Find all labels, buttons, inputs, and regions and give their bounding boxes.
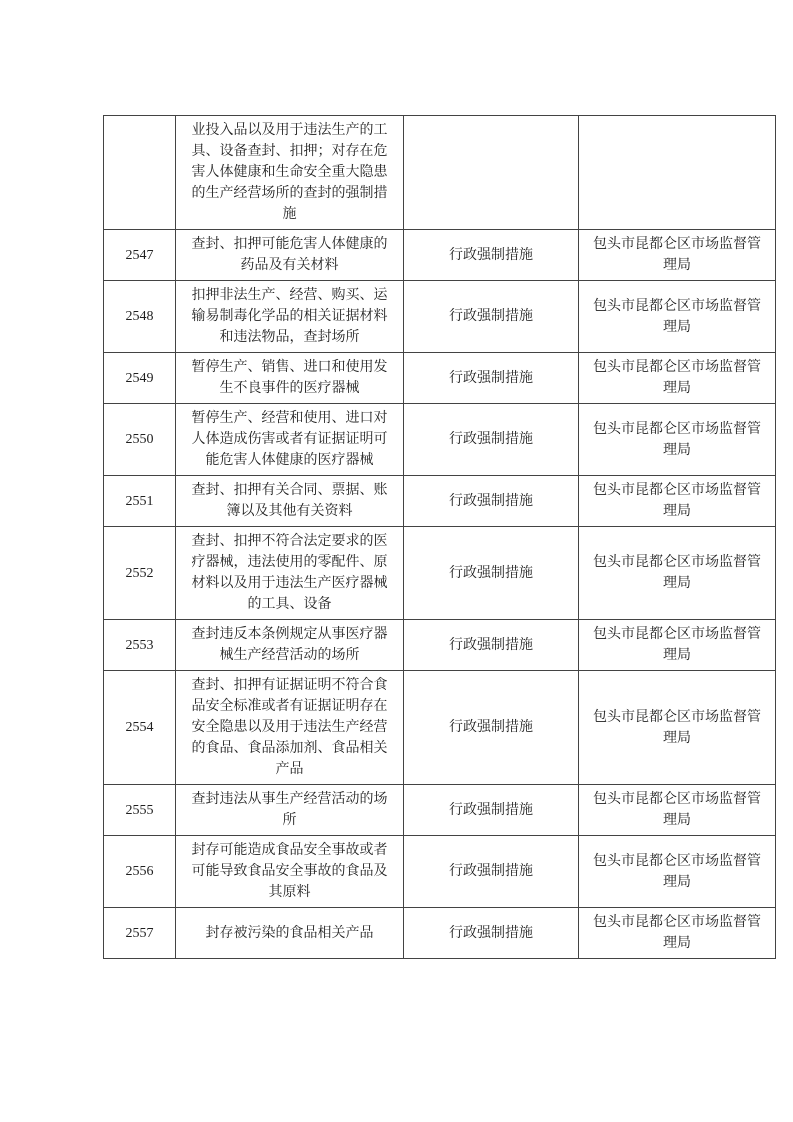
measure-type-cell: 行政强制措施 — [404, 404, 579, 476]
authority-cell: 包头市昆都仑区市场监督管理局 — [579, 671, 776, 785]
item-description-cell: 封存被污染的食品相关产品 — [176, 908, 404, 959]
measure-type-cell: 行政强制措施 — [404, 281, 579, 353]
row-id-cell: 2556 — [104, 836, 176, 908]
table-row: 2557 封存被污染的食品相关产品 行政强制措施 包头市昆都仑区市场监督管理局 — [104, 908, 776, 959]
item-description-cell: 扣押非法生产、经营、购买、运输易制毒化学品的相关证据材料和违法物品，查封场所 — [176, 281, 404, 353]
table-row: 2552 查封、扣押不符合法定要求的医疗器械，违法使用的零配件、原材料以及用于违… — [104, 527, 776, 620]
measure-type-cell: 行政强制措施 — [404, 785, 579, 836]
item-description-cell: 查封、扣押不符合法定要求的医疗器械，违法使用的零配件、原材料以及用于违法生产医疗… — [176, 527, 404, 620]
table-row: 2547 查封、扣押可能危害人体健康的药品及有关材料 行政强制措施 包头市昆都仑… — [104, 230, 776, 281]
item-description-cell: 暂停生产、经营和使用、进口对人体造成伤害或者有证据证明可能危害人体健康的医疗器械 — [176, 404, 404, 476]
measure-type-cell: 行政强制措施 — [404, 353, 579, 404]
item-description-cell: 查封违法从事生产经营活动的场所 — [176, 785, 404, 836]
authority-cell: 包头市昆都仑区市场监督管理局 — [579, 404, 776, 476]
measure-type-cell — [404, 116, 579, 230]
item-description-cell: 封存可能造成食品安全事故或者可能导致食品安全事故的食品及其原料 — [176, 836, 404, 908]
row-id-cell: 2553 — [104, 620, 176, 671]
measure-type-cell: 行政强制措施 — [404, 836, 579, 908]
measure-type-cell: 行政强制措施 — [404, 620, 579, 671]
measure-type-cell: 行政强制措施 — [404, 671, 579, 785]
item-description-cell: 查封、扣押可能危害人体健康的药品及有关材料 — [176, 230, 404, 281]
item-description-cell: 查封违反本条例规定从事医疗器械生产经营活动的场所 — [176, 620, 404, 671]
table-row: 2553 查封违反本条例规定从事医疗器械生产经营活动的场所 行政强制措施 包头市… — [104, 620, 776, 671]
table-row: 2554 查封、扣押有证据证明不符合食品安全标准或者有证据证明存在安全隐患以及用… — [104, 671, 776, 785]
table-row: 2555 查封违法从事生产经营活动的场所 行政强制措施 包头市昆都仑区市场监督管… — [104, 785, 776, 836]
table-row: 2556 封存可能造成食品安全事故或者可能导致食品安全事故的食品及其原料 行政强… — [104, 836, 776, 908]
document-page: 业投入品以及用于违法生产的工具、设备查封、扣押；对存在危害人体健康和生命安全重大… — [0, 0, 793, 1122]
authority-cell: 包头市昆都仑区市场监督管理局 — [579, 353, 776, 404]
row-id-cell — [104, 116, 176, 230]
authority-cell: 包头市昆都仑区市场监督管理局 — [579, 620, 776, 671]
table-row: 2548 扣押非法生产、经营、购买、运输易制毒化学品的相关证据材料和违法物品，查… — [104, 281, 776, 353]
row-id-cell: 2549 — [104, 353, 176, 404]
authority-cell: 包头市昆都仑区市场监督管理局 — [579, 230, 776, 281]
row-id-cell: 2547 — [104, 230, 176, 281]
table-row: 2549 暂停生产、销售、进口和使用发生不良事件的医疗器械 行政强制措施 包头市… — [104, 353, 776, 404]
authority-cell — [579, 116, 776, 230]
table-body: 业投入品以及用于违法生产的工具、设备查封、扣押；对存在危害人体健康和生命安全重大… — [104, 116, 776, 959]
row-id-cell: 2552 — [104, 527, 176, 620]
item-description-cell: 业投入品以及用于违法生产的工具、设备查封、扣押；对存在危害人体健康和生命安全重大… — [176, 116, 404, 230]
measure-type-cell: 行政强制措施 — [404, 527, 579, 620]
authority-cell: 包头市昆都仑区市场监督管理局 — [579, 527, 776, 620]
item-description-cell: 查封、扣押有证据证明不符合食品安全标准或者有证据证明存在安全隐患以及用于违法生产… — [176, 671, 404, 785]
authority-cell: 包头市昆都仑区市场监督管理局 — [579, 785, 776, 836]
authority-cell: 包头市昆都仑区市场监督管理局 — [579, 836, 776, 908]
row-id-cell: 2548 — [104, 281, 176, 353]
authority-cell: 包头市昆都仑区市场监督管理局 — [579, 908, 776, 959]
measure-type-cell: 行政强制措施 — [404, 908, 579, 959]
table-row: 2550 暂停生产、经营和使用、进口对人体造成伤害或者有证据证明可能危害人体健康… — [104, 404, 776, 476]
row-id-cell: 2557 — [104, 908, 176, 959]
item-description-cell: 暂停生产、销售、进口和使用发生不良事件的医疗器械 — [176, 353, 404, 404]
row-id-cell: 2550 — [104, 404, 176, 476]
table-row: 业投入品以及用于违法生产的工具、设备查封、扣押；对存在危害人体健康和生命安全重大… — [104, 116, 776, 230]
authority-cell: 包头市昆都仑区市场监督管理局 — [579, 281, 776, 353]
measure-type-cell: 行政强制措施 — [404, 476, 579, 527]
measure-type-cell: 行政强制措施 — [404, 230, 579, 281]
row-id-cell: 2551 — [104, 476, 176, 527]
document-table: 业投入品以及用于违法生产的工具、设备查封、扣押；对存在危害人体健康和生命安全重大… — [103, 115, 776, 959]
row-id-cell: 2554 — [104, 671, 176, 785]
table-row: 2551 查封、扣押有关合同、票据、账簿以及其他有关资料 行政强制措施 包头市昆… — [104, 476, 776, 527]
item-description-cell: 查封、扣押有关合同、票据、账簿以及其他有关资料 — [176, 476, 404, 527]
authority-cell: 包头市昆都仑区市场监督管理局 — [579, 476, 776, 527]
row-id-cell: 2555 — [104, 785, 176, 836]
